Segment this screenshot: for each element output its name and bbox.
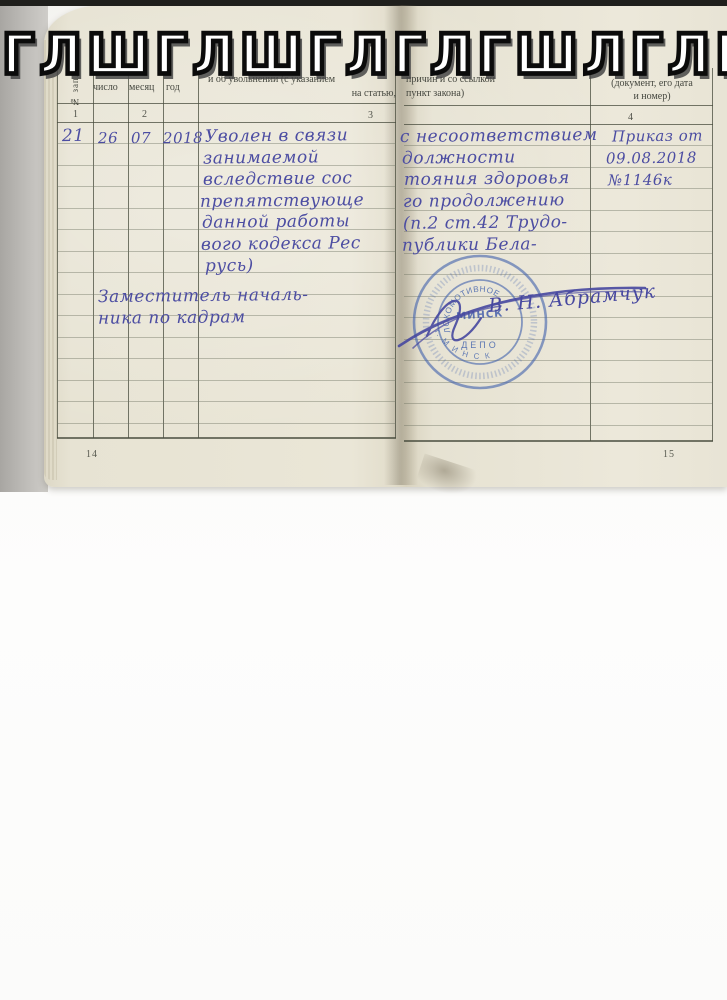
entry-text-right-3: тояния здоровья bbox=[404, 168, 570, 190]
entry-text-left-3: вследствие сос bbox=[203, 168, 353, 190]
col-number-1: 1 bbox=[73, 109, 78, 120]
rule-line bbox=[404, 425, 713, 426]
overlay-glyph-banner: ГЛШГЛШГЛГЛГШЛГЛШГШЛ bbox=[2, 28, 727, 83]
order-line-3: №1146к bbox=[608, 171, 673, 190]
entry-text-left-4: препятствующе bbox=[200, 190, 364, 212]
rule-line bbox=[57, 337, 396, 338]
entry-text-left-6: вого кодекса Рес bbox=[201, 233, 361, 255]
col3-left-header-2: на статью, bbox=[250, 88, 402, 100]
entry-year: 2018 bbox=[163, 129, 203, 147]
entry-text-right-4: го продолжению bbox=[403, 190, 565, 212]
rule-line bbox=[57, 380, 396, 381]
rule-line bbox=[57, 401, 396, 402]
entry-day: 26 bbox=[98, 129, 118, 147]
page-number-right: 15 bbox=[663, 449, 675, 460]
rule-line bbox=[404, 440, 713, 442]
entry-number: 21 bbox=[62, 126, 85, 146]
entry-text-left-7: русь) bbox=[205, 256, 254, 277]
col-number-4: 4 bbox=[628, 112, 633, 123]
rule-line bbox=[404, 105, 713, 106]
stamp-center-text: ДЕПО bbox=[461, 340, 499, 350]
entry-text-left-1: Уволен в связи bbox=[205, 125, 348, 146]
rule-line bbox=[404, 403, 713, 404]
col-number-3: 3 bbox=[368, 110, 373, 121]
entry-text-left-2: занимаемой bbox=[203, 147, 319, 168]
scanned-workbook-page: № зап. число месяц год и об увольнении (… bbox=[0, 0, 727, 1000]
rule-line bbox=[57, 122, 396, 123]
rule-line bbox=[57, 437, 396, 439]
entry-text-left-5: данной работы bbox=[202, 211, 350, 233]
order-line-2: 09.08.2018 bbox=[606, 149, 697, 168]
rule-line bbox=[57, 103, 396, 104]
rule-line bbox=[57, 358, 396, 359]
col-number-2: 2 bbox=[142, 109, 147, 120]
signer-title-1: Заместитель началь- bbox=[98, 285, 309, 307]
signer-title-2: ника по кадрам bbox=[98, 307, 246, 329]
col3-right-header-2: пункт закона) bbox=[406, 88, 586, 100]
round-stamp: ЛОКОМОТИВНОЕ МИНСК ДЕПО г. М И Н С К В. … bbox=[393, 248, 693, 398]
entry-month: 07 bbox=[131, 129, 151, 147]
page-number-left: 14 bbox=[86, 449, 98, 460]
entry-text-right-2: должности bbox=[402, 147, 516, 168]
entry-text-right-1: с несоответствием bbox=[400, 125, 598, 147]
stamp-and-signature: ЛОКОМОТИВНОЕ МИНСК ДЕПО г. М И Н С К В. … bbox=[393, 248, 693, 398]
order-line-1: Приказ от bbox=[612, 127, 703, 146]
entry-text-right-5: (п.2 ст.42 Трудо- bbox=[403, 212, 568, 234]
col4-header-2: и номер) bbox=[596, 91, 708, 103]
rule-line bbox=[57, 423, 396, 424]
scan-top-edge bbox=[0, 0, 727, 6]
signature-name: В. Н. Абрамчук bbox=[487, 280, 657, 317]
page-edges bbox=[44, 40, 57, 480]
